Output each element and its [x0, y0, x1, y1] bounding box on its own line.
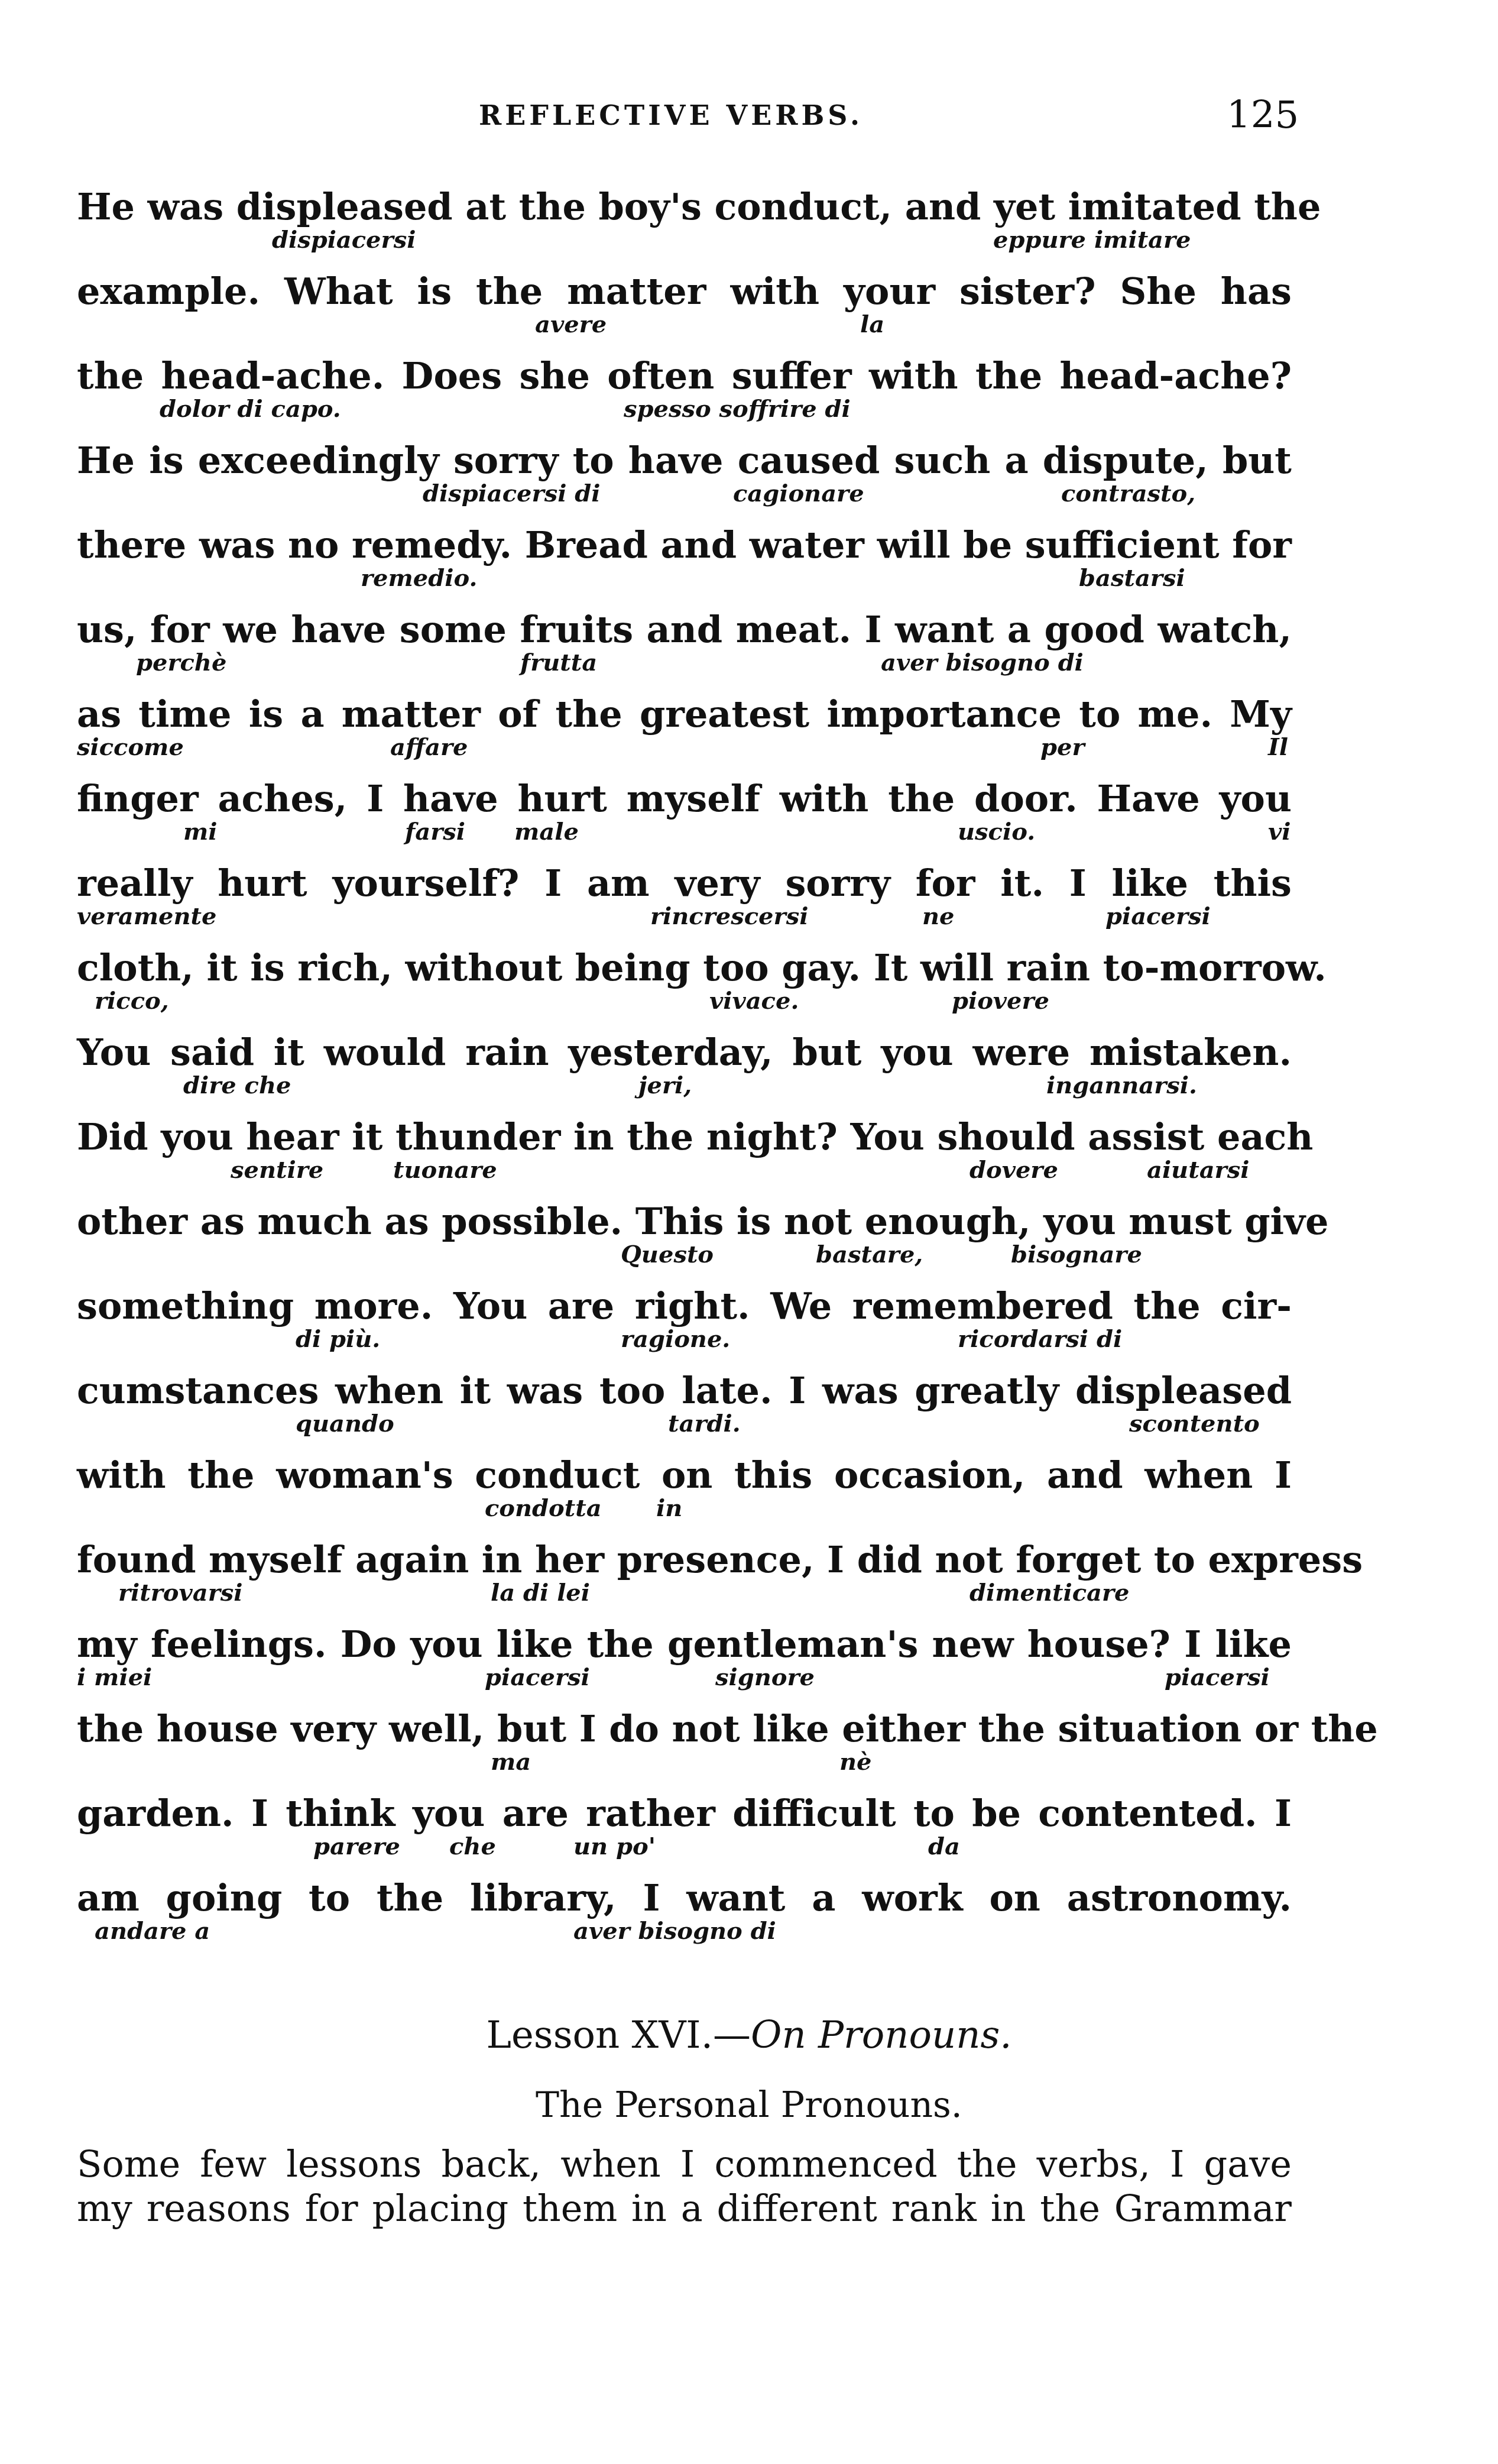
italian-gloss: avere: [535, 310, 607, 338]
italian-gloss: vi: [1268, 818, 1291, 846]
text-line: He was displeased at the boy's conduct, …: [77, 183, 1292, 231]
text-line: He is exceedingly sorry to have caused s…: [77, 437, 1292, 484]
text-line: us, for we have some fruits and meat. I …: [77, 606, 1292, 653]
italian-gloss: mi: [183, 818, 218, 846]
italian-gloss: bisognare: [1011, 1241, 1142, 1268]
text-line: Did you hear it thunder in the night? Yo…: [77, 1113, 1292, 1161]
text-line: garden. I think you are rather difficult…: [77, 1790, 1292, 1837]
italian-gloss: quando: [296, 1410, 394, 1437]
italian-gloss: perchè: [136, 649, 226, 676]
italian-gloss: dovere: [970, 1156, 1058, 1184]
italian-gloss: jeri,: [638, 1071, 692, 1099]
text-line: with the woman's conduct on this occasio…: [77, 1452, 1292, 1499]
italian-gloss: piacersi: [1105, 902, 1211, 930]
italian-gloss: frutta: [520, 649, 597, 676]
text-line: You said it would rain yesterday, but yo…: [77, 1029, 1292, 1076]
text-line: am going to the library, I want a work o…: [77, 1874, 1292, 1922]
italian-gloss: da: [928, 1832, 960, 1860]
italian-gloss: andare a: [95, 1917, 210, 1945]
italian-gloss: parere: [313, 1832, 400, 1860]
italian-gloss: scontento: [1129, 1410, 1260, 1437]
italian-gloss: dispiacersi di: [423, 480, 600, 507]
text-line: there was no remedy. Bread and water wil…: [77, 522, 1292, 569]
italian-gloss: ricco,: [95, 987, 169, 1015]
italian-gloss: rincrescersi: [650, 902, 808, 930]
text-line: the head-ache. Does she often suffer wit…: [77, 352, 1292, 400]
italian-gloss: sentire: [231, 1156, 323, 1184]
italian-gloss: ritrovarsi: [118, 1579, 242, 1607]
italian-gloss: cagionare: [733, 480, 864, 507]
italian-gloss: male: [514, 818, 579, 846]
lesson-heading: Lesson XVI.—On Pronouns.: [0, 2013, 1498, 2057]
italian-gloss: farsi: [405, 818, 465, 846]
italian-gloss: vivace.: [709, 987, 799, 1015]
italian-gloss: dire che: [183, 1071, 291, 1099]
lesson-topic: On Pronouns.: [751, 2013, 1012, 2057]
italian-gloss: bastarsi: [1079, 564, 1185, 592]
italian-gloss: piacersi: [1165, 1663, 1270, 1691]
page-number: 125: [1227, 93, 1299, 137]
italian-gloss: ragione.: [621, 1325, 730, 1353]
italian-gloss: nè: [839, 1748, 872, 1776]
italian-gloss: veramente: [77, 902, 216, 930]
italian-gloss: spesso soffrire di: [624, 395, 851, 423]
italian-gloss: aver bisogno di: [881, 649, 1084, 676]
italian-gloss: piovere: [952, 987, 1049, 1015]
text-line: found myself again in her presence, I di…: [77, 1536, 1292, 1584]
section-subtitle: The Personal Pronouns.: [0, 2084, 1498, 2126]
italian-gloss: affare: [390, 733, 468, 761]
italian-gloss: la di lei: [491, 1579, 590, 1607]
paragraph-line: my reasons for placing them in a differe…: [77, 2185, 1292, 2232]
text-line: finger aches, I have hurt myself with th…: [77, 775, 1292, 823]
italian-gloss: di più.: [296, 1325, 380, 1353]
italian-gloss: signore: [715, 1663, 815, 1691]
text-line: as time is a matter of the greatest impo…: [77, 691, 1292, 738]
italian-gloss: Questo: [621, 1241, 714, 1268]
running-header: REFLECTIVE VERBS. 125: [0, 99, 1498, 141]
italian-gloss: bastare,: [816, 1241, 923, 1268]
running-title: REFLECTIVE VERBS.: [479, 99, 863, 131]
text-line: other as much as possible. This is not e…: [77, 1198, 1292, 1245]
italian-gloss: dimenticare: [970, 1579, 1130, 1607]
italian-gloss: per: [1040, 733, 1085, 761]
italian-gloss: i miei: [77, 1663, 152, 1691]
text-line: the house very well, but I do not like e…: [77, 1705, 1292, 1753]
lesson-number: Lesson XVI.—: [486, 2013, 751, 2057]
italian-gloss: ma: [491, 1748, 531, 1776]
italian-gloss: condotta: [485, 1494, 602, 1522]
text-line: cumstances when it was too late. I was g…: [77, 1367, 1292, 1414]
italian-gloss: piacersi: [485, 1663, 590, 1691]
italian-gloss: ne: [922, 902, 955, 930]
italian-gloss: in: [656, 1494, 682, 1522]
paragraph-line: Some few lessons back, when I commenced …: [77, 2141, 1292, 2188]
italian-gloss: tardi.: [668, 1410, 741, 1437]
text-line: something more. You are right. We rememb…: [77, 1283, 1292, 1330]
italian-gloss: contrasto,: [1061, 480, 1195, 507]
italian-gloss: tuonare: [393, 1156, 497, 1184]
italian-gloss: Il: [1268, 733, 1288, 761]
italian-gloss: che: [449, 1832, 496, 1860]
italian-gloss: remedio.: [361, 564, 477, 592]
italian-gloss: ricordarsi di: [958, 1325, 1122, 1353]
italian-gloss: ingannarsi.: [1046, 1071, 1197, 1099]
italian-gloss: uscio.: [958, 818, 1035, 846]
italian-gloss: eppure imitare: [993, 226, 1191, 254]
text-line: cloth, it is rich, without being too gay…: [77, 944, 1292, 992]
italian-gloss: aiutarsi: [1147, 1156, 1249, 1184]
italian-gloss: un po': [573, 1832, 656, 1860]
text-line: example. What is the matter with your si…: [77, 268, 1292, 315]
italian-gloss: la: [860, 310, 884, 338]
text-line: my feelings. Do you like the gentleman's…: [77, 1621, 1292, 1668]
italian-gloss: siccome: [77, 733, 184, 761]
italian-gloss: aver bisogno di: [573, 1917, 776, 1945]
italian-gloss: dispiacersi: [272, 226, 416, 254]
italian-gloss: dolor di capo.: [160, 395, 341, 423]
text-line: really hurt yourself? I am very sorry fo…: [77, 860, 1292, 907]
